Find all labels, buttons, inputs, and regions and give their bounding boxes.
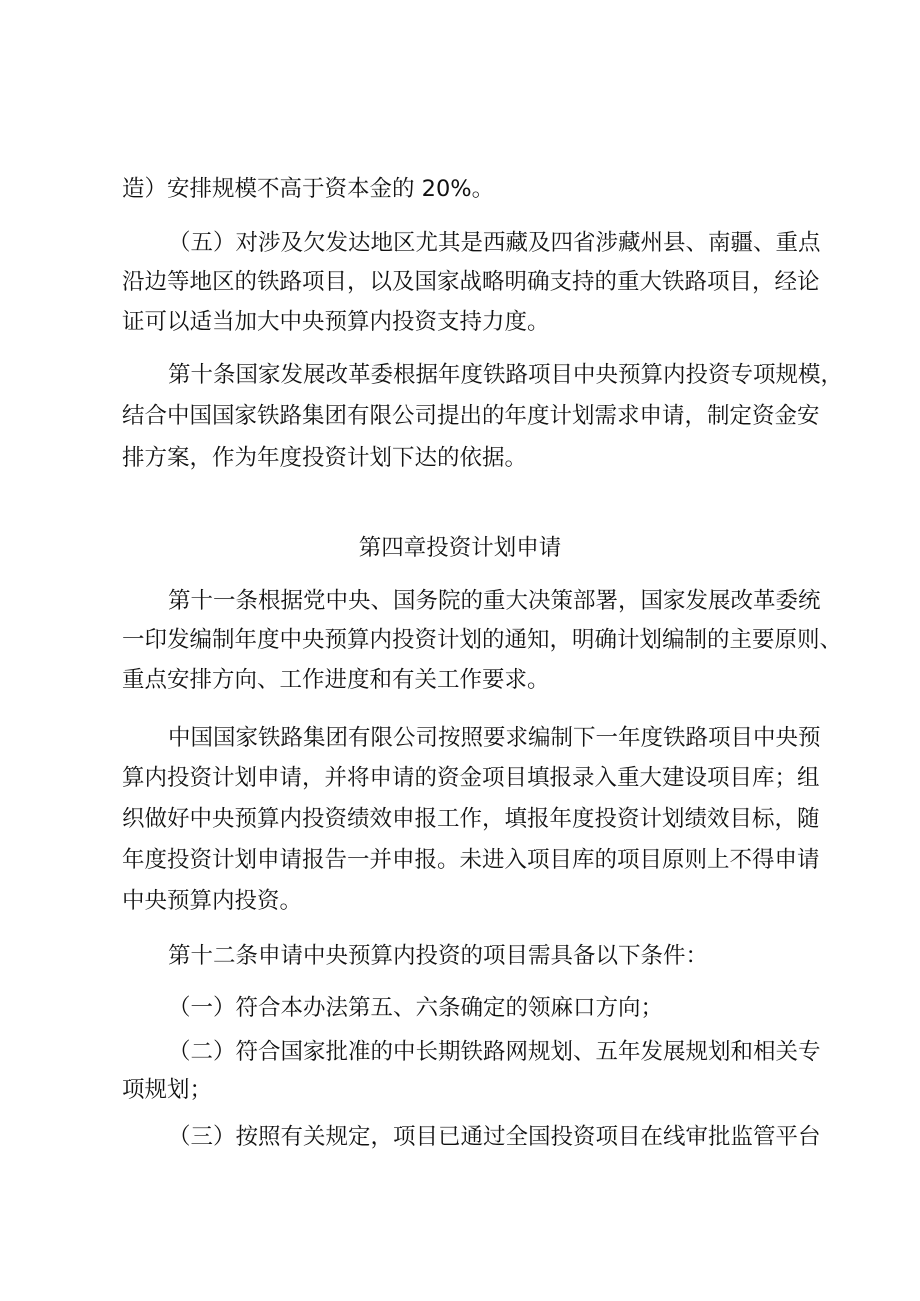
paragraph-line: 中央预算内投资。: [122, 888, 302, 914]
paragraph-line: 项规划；: [122, 1077, 212, 1103]
paragraph-line: 算内投资计划申请，并将申请的资金项目填报录入重大建设项目库；组: [122, 765, 820, 791]
paragraph-line: 重点安排方向、工作进度和有关工作要求。: [122, 667, 550, 693]
paragraph-line: 排方案，作为年度投资计划下达的依据。: [122, 445, 527, 471]
chapter-heading: 第四章投资计划申请: [0, 535, 920, 561]
paragraph-line: 沿边等地区的铁路项目，以及国家战略明确支持的重大铁路项目，经论: [122, 269, 820, 295]
paragraph-line: （一）符合本办法第五、六条确定的领麻口方向；: [168, 995, 663, 1021]
paragraph-line: 中国国家铁路集团有限公司按照要求编制下一年度铁路项目中央预: [168, 725, 821, 751]
paragraph-line: 第十二条申请中央预算内投资的项目需具备以下条件：: [168, 943, 708, 969]
paragraph-line: （五）对涉及欠发达地区尤其是西藏及四省涉藏州县、南疆、重点: [168, 230, 821, 256]
paragraph-line: 织做好中央预算内投资绩效申报工作，填报年度投资计划绩效目标，随: [122, 806, 820, 832]
paragraph-line: （二）符合国家批准的中长期铁路网规划、五年发展规划和相关专: [168, 1039, 821, 1065]
paragraph-line: （三）按照有关规定，项目已通过全国投资项目在线审批监管平台: [168, 1124, 821, 1150]
paragraph-line: 结合中国国家铁路集团有限公司提出的年度计划需求申请，制定资金安: [122, 403, 820, 429]
paragraph-line: 一印发编制年度中央预算内投资计划的通知，明确计划编制的主要原则、: [122, 627, 842, 653]
paragraph-line: 第十一条根据党中央、国务院的重大决策部署，国家发展改革委统: [168, 588, 821, 614]
paragraph-line: 第十条国家发展改革委根据年度铁路项目中央预算内投资专项规模，: [168, 362, 843, 388]
paragraph-line: 造）安排规模不高于资本金的 20%。: [122, 176, 494, 202]
paragraph-line: 年度投资计划申请报告一并申报。未进入项目库的项目原则上不得申请: [122, 847, 820, 873]
paragraph-line: 证可以适当加大中央预算内投资支持力度。: [122, 309, 550, 335]
